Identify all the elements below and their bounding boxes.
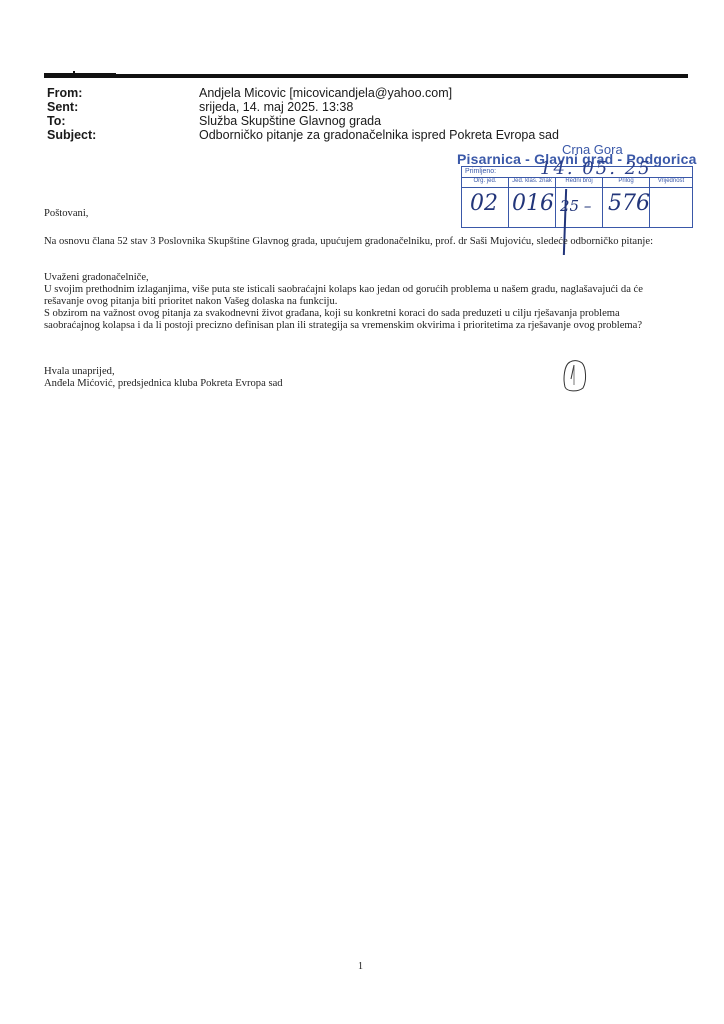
to-value: Služba Skupštine Glavnog grada bbox=[199, 115, 381, 128]
salutation: Uvaženi gradonačelniče, bbox=[44, 272, 674, 284]
intro-paragraph: Na osnovu člana 52 stav 3 Poslovnika Sku… bbox=[44, 236, 674, 248]
header-rule bbox=[44, 74, 688, 78]
stamp-col-redni-broj: Redni broj bbox=[556, 178, 602, 184]
handwritten-number-icon bbox=[562, 359, 588, 393]
sent-value: srijeda, 14. maj 2025. 13:38 bbox=[199, 101, 353, 114]
paragraph-2: S obzirom na važnost ovog pitanja za sva… bbox=[44, 308, 674, 331]
stamp-received-label: Primljeno: bbox=[465, 168, 496, 175]
registry-stamp: Crna Gora Pisarnica - Glavni grad - Podg… bbox=[450, 138, 700, 238]
stamp-col-jed-klas: Jed. klas. znak bbox=[509, 178, 555, 184]
from-label: From: bbox=[47, 87, 82, 100]
page-number: 1 bbox=[358, 961, 363, 972]
from-value: Andjela Micovic [micovicandjela@yahoo.co… bbox=[199, 87, 452, 100]
to-label: To: bbox=[47, 115, 66, 128]
stamp-col-vrijednost: Vrijednost bbox=[650, 178, 692, 184]
stamp-received-date: 14. 05. 25 bbox=[540, 158, 652, 179]
stamp-col-org-jed: Org. jed. bbox=[462, 178, 508, 184]
header-rule-segment bbox=[44, 73, 116, 77]
stamp-divider bbox=[462, 187, 692, 188]
document-page: From: Andjela Micovic [micovicandjela@ya… bbox=[0, 0, 724, 1024]
paragraph-1: U svojim prethodnim izlaganjima, više pu… bbox=[44, 284, 674, 307]
header-rule-mark bbox=[73, 71, 75, 73]
subject-label: Subject: bbox=[47, 129, 96, 142]
stamp-col-prilog: Prilog bbox=[603, 178, 649, 184]
sent-label: Sent: bbox=[47, 101, 78, 114]
greeting: Poštovani, bbox=[44, 208, 674, 220]
